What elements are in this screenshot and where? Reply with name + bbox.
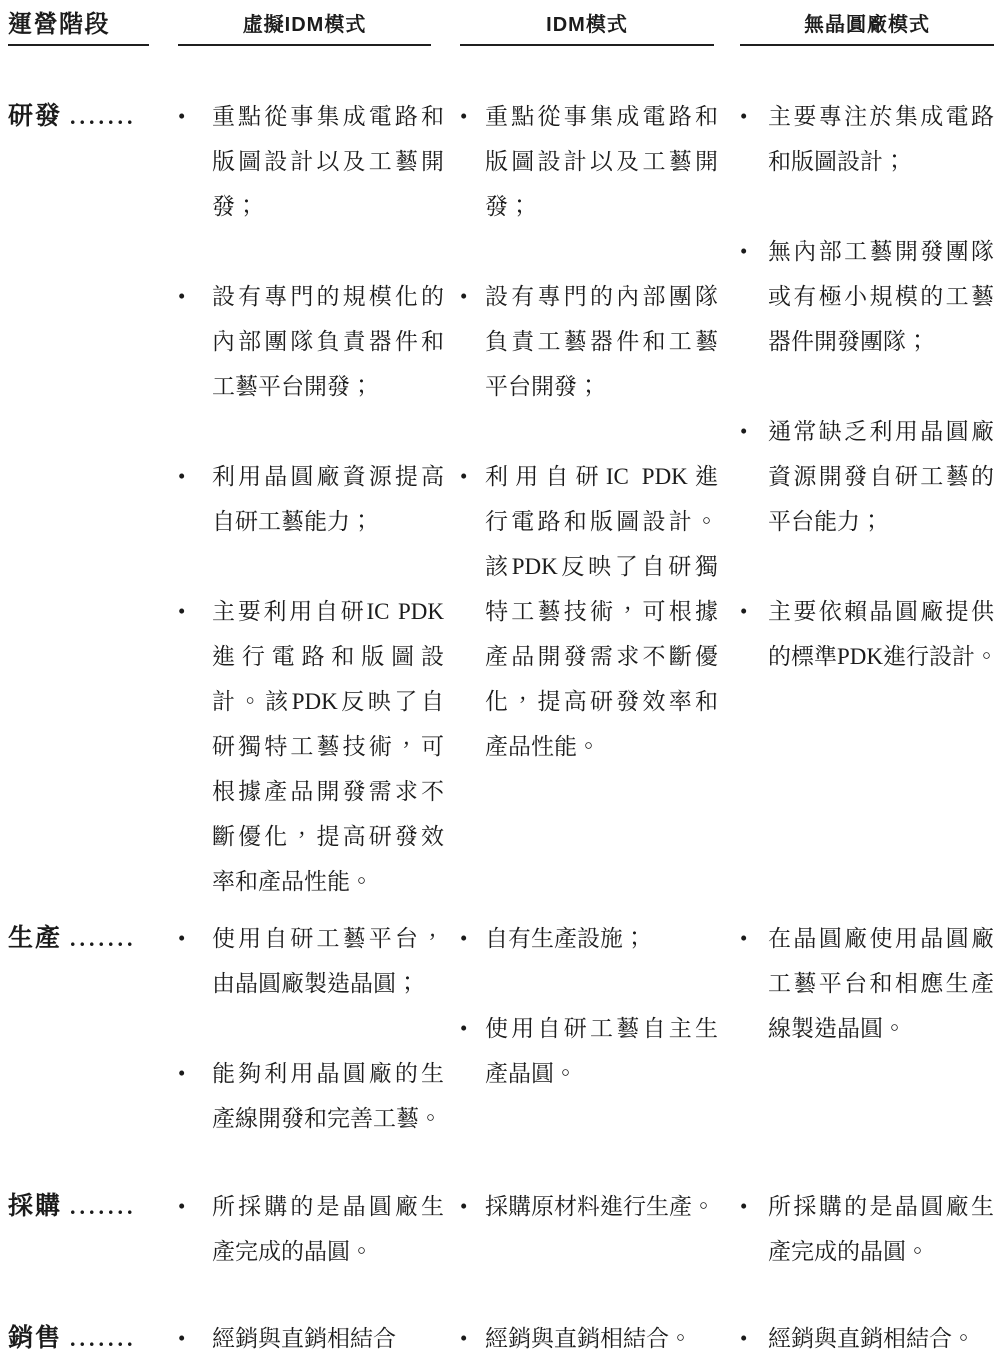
bullet-text: 利用晶圓廠資源提高 自研工藝能力； xyxy=(212,454,444,544)
bullet-item: • 通常缺乏利用晶圓廠 資源開發自研工藝的 平台能力； xyxy=(740,409,1000,544)
bullet-dot-icon: • xyxy=(740,589,768,634)
text-line: 重點從事集成電路和 xyxy=(212,94,444,139)
model-cell: • 自有生產設施； • 使用自研工藝自主生 產晶圓。 xyxy=(460,916,740,1096)
text-line: 該PDK反映了自研獨 xyxy=(485,544,718,589)
header-cell-idm-model: IDM模式 xyxy=(460,12,740,46)
bullet-item: • 重點從事集成電路和 版圖設計以及工藝開 發； xyxy=(460,94,740,229)
column-header-underline: 無晶圓廠模式 xyxy=(740,12,994,46)
text-line: 和版圖設計； xyxy=(768,139,994,184)
text-line: 經銷與直銷相結合。 xyxy=(768,1316,994,1361)
text-line: 無內部工藝開發團隊 xyxy=(768,229,994,274)
text-line: 主要依賴晶圓廠提供 xyxy=(768,589,994,634)
header-cell-virtual-idm-model: 虛擬IDM模式 xyxy=(178,12,460,46)
bullet-item: • 經銷與直銷相結合。 xyxy=(460,1316,740,1361)
text-line: 主要利用自研IC PDK xyxy=(212,589,444,634)
bullet-item: • 主要專注於集成電路 和版圖設計； xyxy=(740,94,1000,184)
text-line: 利用晶圓廠資源提高 xyxy=(212,454,444,499)
bullet-item: • 主要利用自研IC PDK 進行電路和版圖設 計。該PDK反映了自 研獨特工藝… xyxy=(178,589,460,904)
text-line: 由晶圓廠製造晶圓； xyxy=(212,961,444,1006)
bullet-text: 經銷與直銷相結合 xyxy=(212,1316,444,1361)
bullet-item: • 在晶圓廠使用晶圓廠 工藝平台和相應生產 線製造晶圓。 xyxy=(740,916,1000,1051)
leader-dots: ....... xyxy=(70,1326,137,1351)
bullet-dot-icon: • xyxy=(178,94,212,139)
text-line: 產線開發和完善工藝。 xyxy=(212,1096,444,1141)
bullet-text: 重點從事集成電路和 版圖設計以及工藝開 發； xyxy=(485,94,718,229)
table-row: 研發....... • 重點從事集成電路和 版圖設計以及工藝開 發； • 設有專… xyxy=(8,94,1000,904)
leader-dots: ....... xyxy=(70,104,137,129)
table-row: 生產....... • 使用自研工藝平台， 由晶圓廠製造晶圓； • 能夠利用晶圓… xyxy=(8,916,1000,1141)
header-cell-fabless-model: 無晶圓廠模式 xyxy=(740,12,1000,46)
bullet-text: 設有專門的規模化的 內部團隊負責器件和 工藝平台開發； xyxy=(212,274,444,409)
bullet-dot-icon: • xyxy=(178,1051,212,1096)
bullet-text: 主要專注於集成電路 和版圖設計； xyxy=(768,94,994,184)
column-header-label: 無晶圓廠模式 xyxy=(804,14,930,36)
bullet-dot-icon: • xyxy=(460,94,485,139)
bullet-dot-icon: • xyxy=(178,1184,212,1229)
text-line: 平台能力； xyxy=(768,499,994,544)
table-row: 採購....... • 所採購的是晶圓廠生 產完成的晶圓。 • 採購原材料進行生… xyxy=(8,1184,1000,1274)
bullet-item: • 設有專門的內部團隊 負責工藝器件和工藝 平台開發； xyxy=(460,274,740,409)
bullet-text: 所採購的是晶圓廠生 產完成的晶圓。 xyxy=(768,1184,994,1274)
bullet-item: • 自有生產設施； xyxy=(460,916,740,961)
bullet-item: • 重點從事集成電路和 版圖設計以及工藝開 發； xyxy=(178,94,460,229)
bullet-dot-icon: • xyxy=(178,274,212,319)
leader-dots: ....... xyxy=(70,1194,137,1219)
header-cell-operation-stage: 運營階段 xyxy=(8,12,178,46)
stage-label-cell: 採購....... xyxy=(8,1184,178,1229)
bullet-item: • 利用晶圓廠資源提高 自研工藝能力； xyxy=(178,454,460,544)
bullet-item: • 所採購的是晶圓廠生 產完成的晶圓。 xyxy=(740,1184,1000,1274)
bullet-text: 使用自研工藝自主生 產晶圓。 xyxy=(485,1006,718,1096)
text-line: 根據產品開發需求不 xyxy=(212,769,444,814)
text-line: 能夠利用晶圓廠的生 xyxy=(212,1051,444,1096)
text-line: 自有生產設施； xyxy=(485,916,718,961)
model-cell: • 所採購的是晶圓廠生 產完成的晶圓。 xyxy=(178,1184,460,1274)
table-row: 銷售....... • 經銷與直銷相結合 • 經銷與直銷相結合。 • 經銷與直銷… xyxy=(8,1316,1000,1361)
bullet-item: • 使用自研工藝平台， 由晶圓廠製造晶圓； xyxy=(178,916,460,1006)
text-line: 線製造晶圓。 xyxy=(768,1006,994,1051)
text-line: 平台開發； xyxy=(485,364,718,409)
bullet-item: • 主要依賴晶圓廠提供 的標準PDK進行設計。 xyxy=(740,589,1000,679)
text-line: 經銷與直銷相結合。 xyxy=(485,1316,718,1361)
text-line: 使用自研工藝平台， xyxy=(212,916,444,961)
text-line: 使用自研工藝自主生 xyxy=(485,1006,718,1051)
business-model-comparison-document: 運營階段 虛擬IDM模式 IDM模式 無晶圓廠模式 研發....... • 重點… xyxy=(0,0,1000,1365)
stage-label-cell: 生產....... xyxy=(8,916,178,961)
text-line: 的標準PDK進行設計。 xyxy=(768,634,994,679)
text-line: 產品性能。 xyxy=(485,724,718,769)
text-line: 或有極小規模的工藝 xyxy=(768,274,994,319)
bullet-dot-icon: • xyxy=(178,454,212,499)
bullet-text: 自有生產設施； xyxy=(485,916,718,961)
text-line: 產晶圓。 xyxy=(485,1051,718,1096)
column-header-label: IDM模式 xyxy=(546,14,628,36)
column-header-underline: 運營階段 xyxy=(8,12,149,46)
bullet-dot-icon: • xyxy=(460,274,485,319)
bullet-text: 主要利用自研IC PDK 進行電路和版圖設 計。該PDK反映了自 研獨特工藝技術… xyxy=(212,589,444,904)
bullet-item: • 設有專門的規模化的 內部團隊負責器件和 工藝平台開發； xyxy=(178,274,460,409)
bullet-dot-icon: • xyxy=(460,916,485,961)
bullet-text: 主要依賴晶圓廠提供 的標準PDK進行設計。 xyxy=(768,589,994,679)
text-line: 設有專門的內部團隊 xyxy=(485,274,718,319)
text-line: 產品開發需求不斷優 xyxy=(485,634,718,679)
text-line: 進行電路和版圖設 xyxy=(212,634,444,679)
text-line: 版圖設計以及工藝開 xyxy=(485,139,718,184)
model-cell: • 經銷與直銷相結合 xyxy=(178,1316,460,1361)
bullet-dot-icon: • xyxy=(740,1184,768,1229)
text-line: 率和產品性能。 xyxy=(212,859,444,904)
bullet-text: 無內部工藝開發團隊 或有極小規模的工藝 器件開發團隊； xyxy=(768,229,994,364)
model-cell: • 在晶圓廠使用晶圓廠 工藝平台和相應生產 線製造晶圓。 xyxy=(740,916,1000,1051)
text-line: 產完成的晶圓。 xyxy=(212,1229,444,1274)
model-cell: • 經銷與直銷相結合。 xyxy=(460,1316,740,1361)
text-line: 在晶圓廠使用晶圓廠 xyxy=(768,916,994,961)
text-line: 所採購的是晶圓廠生 xyxy=(212,1184,444,1229)
stage-label: 研發 xyxy=(8,102,62,130)
bullet-text: 能夠利用晶圓廠的生 產線開發和完善工藝。 xyxy=(212,1051,444,1141)
bullet-text: 經銷與直銷相結合。 xyxy=(768,1316,994,1361)
model-cell: • 重點從事集成電路和 版圖設計以及工藝開 發； • 設有專門的規模化的 內部團… xyxy=(178,94,460,904)
text-line: 工藝平台開發； xyxy=(212,364,444,409)
text-line: 經銷與直銷相結合 xyxy=(212,1316,444,1361)
bullet-dot-icon: • xyxy=(178,916,212,961)
text-line: 採購原材料進行生產。 xyxy=(485,1184,718,1229)
text-line: 發； xyxy=(485,184,718,229)
text-line: 通常缺乏利用晶圓廠 xyxy=(768,409,994,454)
bullet-text: 利用自研IC PDK進 行電路和版圖設計。 該PDK反映了自研獨 特工藝技術，可… xyxy=(485,454,718,769)
text-line: 工藝平台和相應生產 xyxy=(768,961,994,1006)
bullet-dot-icon: • xyxy=(740,1316,768,1361)
text-line: 自研工藝能力； xyxy=(212,499,444,544)
bullet-dot-icon: • xyxy=(740,229,768,274)
text-line: 發； xyxy=(212,184,444,229)
text-line: 計。該PDK反映了自 xyxy=(212,679,444,724)
bullet-dot-icon: • xyxy=(178,1316,212,1361)
column-header-label: 虛擬IDM模式 xyxy=(243,14,367,36)
bullet-text: 重點從事集成電路和 版圖設計以及工藝開 發； xyxy=(212,94,444,229)
model-cell: • 採購原材料進行生產。 xyxy=(460,1184,740,1229)
bullet-text: 通常缺乏利用晶圓廠 資源開發自研工藝的 平台能力； xyxy=(768,409,994,544)
bullet-text: 在晶圓廠使用晶圓廠 工藝平台和相應生產 線製造晶圓。 xyxy=(768,916,994,1051)
text-line: 行電路和版圖設計。 xyxy=(485,499,718,544)
bullet-dot-icon: • xyxy=(460,1316,485,1361)
text-line: 主要專注於集成電路 xyxy=(768,94,994,139)
text-line: 資源開發自研工藝的 xyxy=(768,454,994,499)
bullet-item: • 使用自研工藝自主生 產晶圓。 xyxy=(460,1006,740,1096)
text-line: 設有專門的規模化的 xyxy=(212,274,444,319)
text-line: 器件開發團隊； xyxy=(768,319,994,364)
model-cell: • 使用自研工藝平台， 由晶圓廠製造晶圓； • 能夠利用晶圓廠的生 產線開發和完… xyxy=(178,916,460,1141)
model-cell: • 主要專注於集成電路 和版圖設計； • 無內部工藝開發團隊 或有極小規模的工藝… xyxy=(740,94,1000,679)
model-cell: • 重點從事集成電路和 版圖設計以及工藝開 發； • 設有專門的內部團隊 負責工… xyxy=(460,94,740,769)
bullet-dot-icon: • xyxy=(740,916,768,961)
text-line: 重點從事集成電路和 xyxy=(485,94,718,139)
text-line: 化，提高研發效率和 xyxy=(485,679,718,724)
text-line: 斷優化，提高研發效 xyxy=(212,814,444,859)
bullet-dot-icon: • xyxy=(460,454,485,499)
bullet-item: • 無內部工藝開發團隊 或有極小規模的工藝 器件開發團隊； xyxy=(740,229,1000,364)
stage-label: 銷售 xyxy=(8,1324,62,1352)
bullet-dot-icon: • xyxy=(460,1006,485,1051)
stage-label: 採購 xyxy=(8,1192,62,1220)
model-cell: • 經銷與直銷相結合。 xyxy=(740,1316,1000,1361)
bullet-text: 使用自研工藝平台， 由晶圓廠製造晶圓； xyxy=(212,916,444,1006)
bullet-dot-icon: • xyxy=(178,589,212,634)
bullet-text: 所採購的是晶圓廠生 產完成的晶圓。 xyxy=(212,1184,444,1274)
text-line: 利用自研IC PDK進 xyxy=(485,454,718,499)
table-body: 研發....... • 重點從事集成電路和 版圖設計以及工藝開 發； • 設有專… xyxy=(8,94,1000,1361)
bullet-dot-icon: • xyxy=(740,94,768,139)
stage-label-cell: 銷售....... xyxy=(8,1316,178,1361)
bullet-item: • 利用自研IC PDK進 行電路和版圖設計。 該PDK反映了自研獨 特工藝技術… xyxy=(460,454,740,769)
bullet-item: • 能夠利用晶圓廠的生 產線開發和完善工藝。 xyxy=(178,1051,460,1141)
bullet-item: • 採購原材料進行生產。 xyxy=(460,1184,740,1229)
column-header-underline: IDM模式 xyxy=(460,12,714,46)
text-line: 內部團隊負責器件和 xyxy=(212,319,444,364)
text-line: 負責工藝器件和工藝 xyxy=(485,319,718,364)
header-row: 運營階段 虛擬IDM模式 IDM模式 無晶圓廠模式 xyxy=(8,12,1000,46)
column-header-label: 運營階段 xyxy=(8,11,110,38)
bullet-text: 設有專門的內部團隊 負責工藝器件和工藝 平台開發； xyxy=(485,274,718,409)
model-cell: • 所採購的是晶圓廠生 產完成的晶圓。 xyxy=(740,1184,1000,1274)
text-line: 研獨特工藝技術，可 xyxy=(212,724,444,769)
text-line: 產完成的晶圓。 xyxy=(768,1229,994,1274)
column-header-underline: 虛擬IDM模式 xyxy=(178,12,431,46)
bullet-item: • 所採購的是晶圓廠生 產完成的晶圓。 xyxy=(178,1184,460,1274)
stage-label-cell: 研發....... xyxy=(8,94,178,139)
bullet-text: 採購原材料進行生產。 xyxy=(485,1184,718,1229)
bullet-dot-icon: • xyxy=(740,409,768,454)
bullet-text: 經銷與直銷相結合。 xyxy=(485,1316,718,1361)
bullet-item: • 經銷與直銷相結合 xyxy=(178,1316,460,1361)
text-line: 版圖設計以及工藝開 xyxy=(212,139,444,184)
text-line: 所採購的是晶圓廠生 xyxy=(768,1184,994,1229)
bullet-dot-icon: • xyxy=(460,1184,485,1229)
stage-label: 生產 xyxy=(8,924,62,952)
text-line: 特工藝技術，可根據 xyxy=(485,589,718,634)
leader-dots: ....... xyxy=(70,926,137,951)
bullet-item: • 經銷與直銷相結合。 xyxy=(740,1316,1000,1361)
